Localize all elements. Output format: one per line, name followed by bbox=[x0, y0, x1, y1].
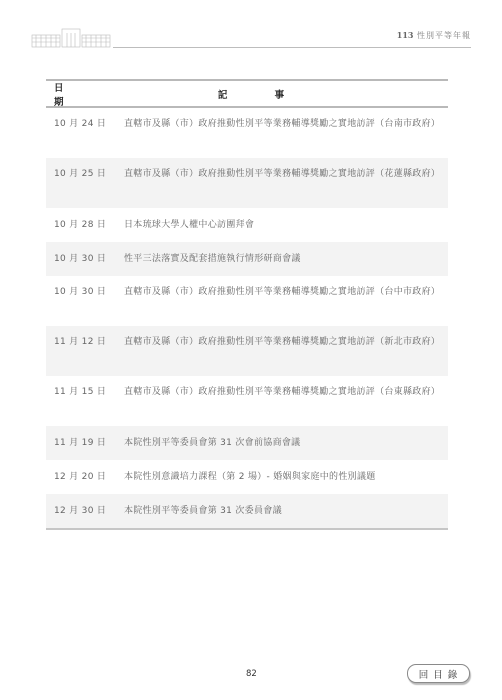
table-row: 12 月 20 日 本院性別意識培力課程（第 2 場）- 婚姻與家庭中的性別議題 bbox=[46, 460, 448, 494]
page-header: 113 性別平等年報 bbox=[0, 0, 502, 60]
row-event: 直轄市及縣（市）政府推動性別平等業務輔導獎勵之實地訪評（新北市政府） bbox=[124, 334, 448, 376]
row-date: 11 月 19 日 bbox=[46, 435, 124, 452]
row-event: 本院性別平等委員會第 31 次會前協商會議 bbox=[124, 435, 448, 452]
table-row: 12 月 30 日 本院性別平等委員會第 31 次委員會議 bbox=[46, 494, 448, 528]
table-row: 11 月 15 日 直轄市及縣（市）政府推動性別平等業務輔導獎勵之實地訪評（台東… bbox=[46, 376, 448, 426]
row-event: 日本琉球大學人權中心訪團拜會 bbox=[124, 217, 448, 234]
table-bottom-rule bbox=[46, 528, 448, 530]
row-date: 11 月 12 日 bbox=[46, 334, 124, 376]
column-header-date: 日 期 bbox=[46, 80, 124, 108]
row-date: 12 月 30 日 bbox=[46, 503, 124, 520]
row-event: 直轄市及縣（市）政府推動性別平等業務輔導獎勵之實地訪評（台南市政府） bbox=[124, 116, 448, 158]
report-title: 113 性別平等年報 bbox=[397, 30, 471, 41]
back-to-toc-button[interactable]: 回目錄 bbox=[407, 664, 470, 683]
row-date: 10 月 30 日 bbox=[46, 251, 124, 268]
table-row: 10 月 30 日 直轄市及縣（市）政府推動性別平等業務輔導獎勵之實地訪評（台中… bbox=[46, 276, 448, 326]
row-event: 直轄市及縣（市）政府推動性別平等業務輔導獎勵之實地訪評（台中市政府） bbox=[124, 284, 448, 326]
row-date: 10 月 25 日 bbox=[46, 166, 124, 208]
table-row: 11 月 19 日 本院性別平等委員會第 31 次會前協商會議 bbox=[46, 426, 448, 460]
row-date: 12 月 20 日 bbox=[46, 469, 124, 486]
row-event: 直轄市及縣（市）政府推動性別平等業務輔導獎勵之實地訪評（台東縣政府） bbox=[124, 384, 448, 426]
table-row: 10 月 28 日 日本琉球大學人權中心訪團拜會 bbox=[46, 208, 448, 242]
row-event: 性平三法落實及配套措施執行情形研商會議 bbox=[124, 251, 448, 268]
table-header: 日 期 記 事 bbox=[46, 81, 448, 108]
table-row: 10 月 25 日 直轄市及縣（市）政府推動性別平等業務輔導獎勵之實地訪評（花蓮… bbox=[46, 158, 448, 208]
row-event: 本院性別意識培力課程（第 2 場）- 婚姻與家庭中的性別議題 bbox=[124, 469, 448, 486]
row-date: 10 月 30 日 bbox=[46, 284, 124, 326]
table-row: 10 月 24 日 直轄市及縣（市）政府推動性別平等業務輔導獎勵之實地訪評（台南… bbox=[46, 108, 448, 158]
chronology-table: 日 期 記 事 10 月 24 日 直轄市及縣（市）政府推動性別平等業務輔導獎勵… bbox=[46, 79, 448, 530]
table-row: 10 月 30 日 性平三法落實及配套措施執行情形研商會議 bbox=[46, 242, 448, 276]
page-number: 82 bbox=[246, 669, 257, 679]
column-header-event: 記 事 bbox=[124, 87, 448, 101]
row-date: 10 月 28 日 bbox=[46, 217, 124, 234]
row-date: 10 月 24 日 bbox=[46, 116, 124, 158]
report-title-text: 性別平等年報 bbox=[417, 31, 471, 40]
row-event: 直轄市及縣（市）政府推動性別平等業務輔導獎勵之實地訪評（花蓮縣政府） bbox=[124, 166, 448, 208]
building-logo-icon bbox=[31, 27, 111, 49]
row-event: 本院性別平等委員會第 31 次委員會議 bbox=[124, 503, 448, 520]
header-divider bbox=[113, 47, 471, 48]
table-row: 11 月 12 日 直轄市及縣（市）政府推動性別平等業務輔導獎勵之實地訪評（新北… bbox=[46, 326, 448, 376]
row-date: 11 月 15 日 bbox=[46, 384, 124, 426]
report-year: 113 bbox=[397, 30, 414, 40]
